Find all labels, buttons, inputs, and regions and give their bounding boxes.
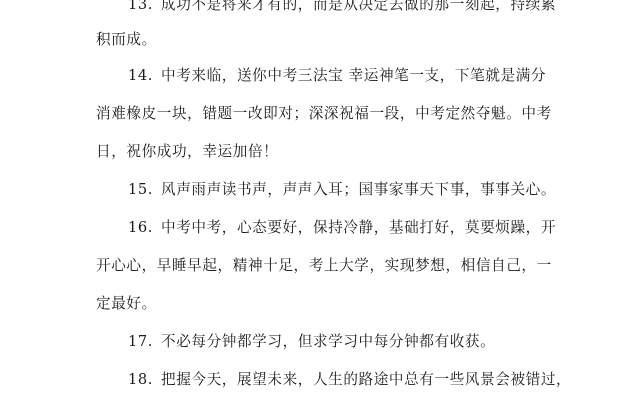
paragraph-text: 开心心，早睡早起，精神十足，考上大学，实现梦想，相信自己，一 (96, 257, 552, 274)
paragraph-text: 成功不是将来才有的，而是从决定去做的那一刻起，持续累 (161, 0, 556, 13)
paragraph-text: 日，祝你成功，幸运加倍！ (96, 143, 278, 160)
paragraph-13-line-1: 13.成功不是将来才有的，而是从决定去做的那一刻起，持续累 (128, 0, 578, 14)
paragraph-13-line-2: 积而成。 (96, 31, 546, 49)
paragraph-14-line-2: 消难橡皮一块，错题一改即对；深深祝福一段，中考定然夺魁。中考 (96, 105, 546, 123)
item-number: 15. (128, 181, 153, 198)
paragraph-17-line-1: 17.不必每分钟都学习，但求学习中每分钟都有收获。 (128, 333, 578, 351)
paragraph-16-line-2: 开心心，早睡早起，精神十足，考上大学，实现梦想，相信自己，一 (96, 257, 546, 275)
paragraph-14-line-3: 日，祝你成功，幸运加倍！ (96, 143, 546, 161)
paragraph-text: 消难橡皮一块，错题一改即对；深深祝福一段，中考定然夺魁。中考 (96, 105, 552, 122)
paragraph-text: 中考来临，送你中考三法宝 幸运神笔一支，下笔就是满分 (161, 67, 546, 84)
paragraph-text: 把握今天，展望未来，人生的路途中总有一些风景会被错过， (161, 371, 571, 388)
item-number: 16. (128, 219, 153, 236)
paragraph-text: 不必每分钟都学习，但求学习中每分钟都有收获。 (161, 333, 495, 350)
item-number: 17. (128, 333, 153, 350)
item-number: 14. (128, 67, 153, 84)
paragraph-text: 风声雨声读书声，声声入耳；国事家事天下事，事事关心。 (161, 181, 556, 198)
paragraph-14-line-1: 14.中考来临，送你中考三法宝 幸运神笔一支，下笔就是满分 (128, 67, 578, 85)
paragraph-15-line-1: 15.风声雨声读书声，声声入耳；国事家事天下事，事事关心。 (128, 181, 578, 199)
paragraph-text: 积而成。 (96, 31, 157, 48)
document-page: 13.成功不是将来才有的，而是从决定去做的那一刻起，持续累 积而成。 14.中考… (0, 0, 640, 400)
paragraph-16-line-3: 定最好。 (96, 295, 546, 313)
item-number: 13. (128, 0, 153, 13)
item-number: 18. (128, 371, 153, 388)
paragraph-16-line-1: 16.中考中考，心态要好，保持冷静，基础打好，莫要烦躁，开 (128, 219, 578, 237)
paragraph-18-line-1: 18.把握今天，展望未来，人生的路途中总有一些风景会被错过， (128, 371, 578, 389)
paragraph-text: 中考中考，心态要好，保持冷静，基础打好，莫要烦躁，开 (161, 219, 556, 236)
paragraph-text: 定最好。 (96, 295, 157, 312)
